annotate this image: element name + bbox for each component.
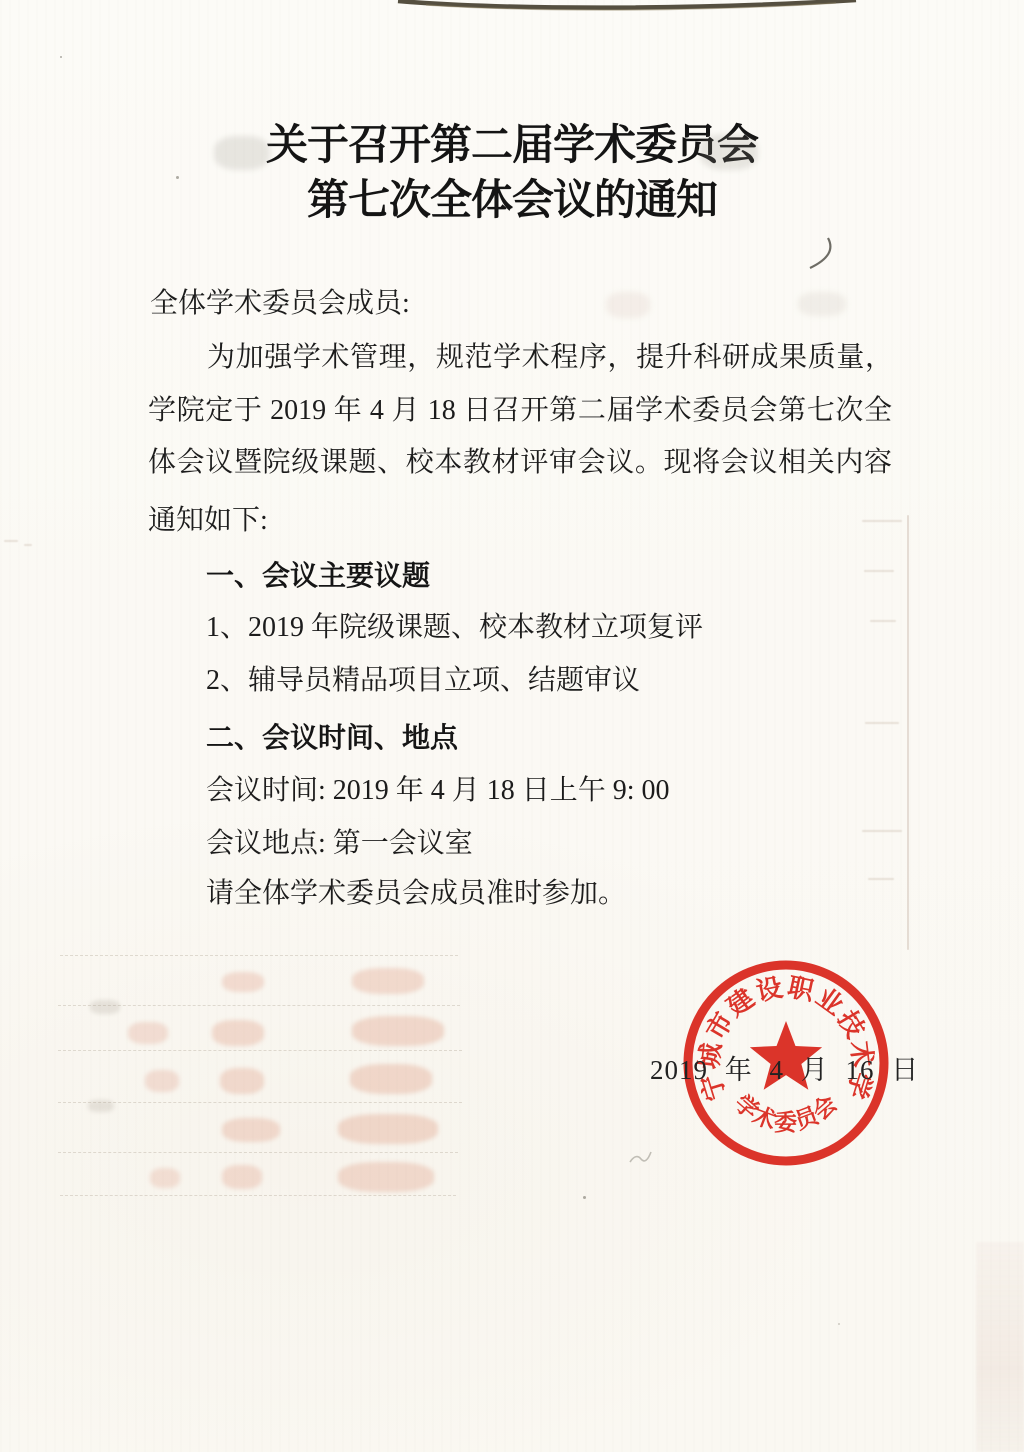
pencil-scribble-artifact — [628, 1148, 656, 1168]
intro-line: 学院定于 2019 年 4 月 18 日召开第二届学术委员会第七次全 — [148, 394, 892, 428]
agenda-item-2: 2、辅导员精品项目立项、结题审议 — [206, 664, 640, 698]
dust-speck — [176, 176, 179, 179]
dust-speck — [60, 56, 62, 58]
scanner-edge-artifact — [396, 0, 860, 14]
intro-line: 通知如下: — [148, 504, 268, 538]
attendance-request-line: 请全体学术委员会成员准时参加。 — [206, 877, 626, 911]
intro-line: 体会议暨院级课题、校本教材评审会议。现将会议相关内容 — [148, 446, 892, 480]
section-2-heading: 二、会议时间、地点 — [206, 721, 458, 755]
bleedthrough-smudge — [700, 134, 758, 170]
scanned-notice-page: 关于召开第二届学术委员会 第七次全体会议的通知 全体学术委员会成员: 为加强学术… — [0, 0, 1024, 1452]
notice-title-line-2: 第七次全体会议的通知 — [0, 176, 1024, 224]
dust-speck — [838, 1323, 840, 1325]
pen-mark-artifact — [806, 236, 838, 272]
issue-date: 2019 年 4 月 16 日 — [650, 1048, 919, 1087]
meeting-place-line: 会议地点: 第一会议室 — [206, 827, 473, 861]
svg-text:学术委员会: 学术委员会 — [730, 1089, 843, 1134]
section-1-heading: 一、会议主要议题 — [206, 559, 430, 593]
meeting-time-line: 会议时间: 2019 年 4 月 18 日上午 9: 00 — [206, 774, 670, 808]
intro-line: 为加强学术管理，规范学术程序，提升科研成果质量， — [207, 341, 893, 375]
salutation-line: 全体学术委员会成员: — [150, 287, 410, 321]
bleedthrough-smudge — [214, 136, 270, 170]
agenda-item-1: 1、2019 年院级课题、校本教材立项复评 — [206, 611, 703, 645]
scan-edge-texture — [976, 1242, 1024, 1452]
seal-bottom-text: 学术委员会 — [730, 1089, 843, 1134]
edge-mark-artifact — [4, 540, 18, 542]
edge-mark-artifact — [24, 544, 32, 546]
bleedthrough-smudge — [798, 292, 846, 316]
dust-speck — [583, 1196, 586, 1199]
bleedthrough-smudge — [606, 292, 650, 318]
notice-title-line-1: 关于召开第二届学术委员会 — [0, 121, 1024, 169]
